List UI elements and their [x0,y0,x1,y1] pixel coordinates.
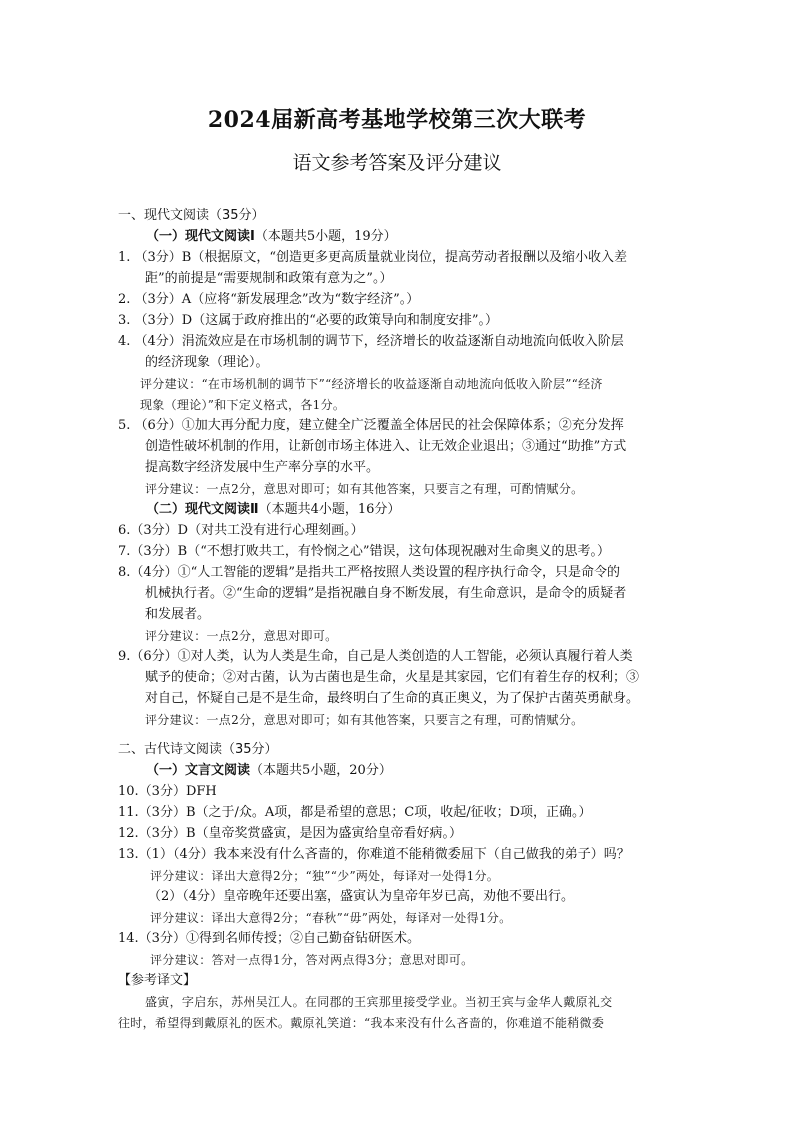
answer-line: 和发展者。 [145,607,210,623]
subsection-detail: （本题共5小题，20分） [250,763,392,778]
section-heading-modern-reading: 一、现代文阅读（35分） [118,208,265,224]
subsection-heading-classical-prose: （一）文言文阅读（本题共5小题，20分） [146,763,392,779]
answer-line: 的经济现象（理论）。 [145,355,269,371]
answer-line: 4. （4分）涓流效应是在市场机制的调节下，经济增长的收益逐渐自动地流向低收入阶… [118,334,624,350]
grading-note: 评分建议：一点2分，意思对即可。 [145,628,337,644]
grading-note: 评分建议：答对一点得1分，答对两点得3分；意思对即可。 [150,952,473,968]
translation-line: 盛寅，字启东，苏州吴江人。在同郡的王宾那里接受学业。当初王宾与金华人戴原礼交 [145,994,612,1010]
answer-line: 2. （3分）A（应将“新发展理念”改为“数字经济”。） [118,292,419,308]
grading-note: 评分建议：一点2分，意思对即可；如有其他答案，只要言之有理，可酌情赋分。 [145,712,583,728]
grading-note: 评分建议：译出大意得2分；“春秋”“毋”两处，每译对一处得1分。 [150,910,511,926]
answer-line: 9.（6分）①对人类，认为人类是生命，自己是人类创造的人工智能，必须认真履行着人… [118,649,633,665]
answer-line: 对自己，怀疑自己是不是生命，最终明白了生命的真正奥义，为了保护古菌英勇献身。 [145,691,639,707]
answer-line: 8.（4分）①“人工智能的逻辑”是指共工严格按照人类设置的程序执行命令，只是命令… [118,565,620,581]
section-heading-classical-reading: 二、古代诗文阅读（35分） [118,742,278,758]
subsection-title: （一）现代文阅读Ⅰ [146,229,255,244]
subsection-detail: （本题共5小题，19分） [255,229,397,244]
translation-line: 往时，希望得到戴原礼的医术。戴原礼笑道：“我本来没有什么吝啬的，你难道不能稍微委 [118,1015,604,1031]
answer-line: 13.（1）（4分）我本来没有什么吝啬的，你难道不能稍微委屈下（自己做我的弟子）… [118,847,630,863]
answer-line: 7.（3分）B（“不想打败共工，有怜悯之心”错误，这句体现祝融对生命奥义的思考。… [118,544,610,560]
answer-line: 6.（3分）D（对共工没有进行心理刻画。） [118,523,364,539]
grading-note: 现象（理论）”和下定义格式，各1分。 [140,397,345,413]
answer-line: 机械执行者。②“生命的逻辑”是指祝融自身不断发展，有生命意识，是命令的质疑者 [145,586,626,602]
answer-line: 14.（3分）①得到名师传授；②自己勤奋钻研医术。 [118,931,420,947]
answer-line: 10.（3分）DFH [118,784,217,800]
answer-line: 3. （3分）D（这属于政府推出的“必要的政策导向和制度安排”。） [118,313,498,329]
answer-line: 1. （3分）B（根据原文，“创造更多更高质量就业岗位，提高劳动者报酬以及缩小收… [118,250,627,266]
grading-note: 评分建议：一点2分，意思对即可；如有其他答案，只要言之有理，可酌情赋分。 [145,481,583,497]
answer-line: 提高数字经济发展中生产率分享的水平。 [145,460,379,476]
reference-translation-heading: 【参考译文】 [118,973,196,989]
subsection-heading-modern-reading-1: （一）现代文阅读Ⅰ（本题共5小题，19分） [146,229,397,245]
document-title: 2024届新高考基地学校第三次大联考 [0,103,794,134]
document-subtitle: 语文参考答案及评分建议 [0,148,794,175]
subsection-title: （二）现代文阅读Ⅱ [146,502,259,517]
answer-line: 5. （6分）①加大再分配力度，建立健全广泛覆盖全体居民的社会保障体系；②充分发… [118,418,624,434]
subsection-detail: （本题共4小题，16分） [259,502,401,517]
subsection-heading-modern-reading-2: （二）现代文阅读Ⅱ（本题共4小题，16分） [146,502,400,518]
answer-line: 12.（3分）B（皇帝奖赏盛寅，是因为盛寅给皇帝看好病。） [118,826,462,842]
answer-line: 创造性破坏机制的作用，让新创市场主体进入、让无效企业退出；③通过“助推”方式 [145,439,626,455]
grading-note: 评分建议：译出大意得2分；“独”“少”两处，每译对一处得1分。 [150,868,499,884]
grading-note: 评分建议：“在市场机制的调节下”“经济增长的收益逐渐自动地流向低收入阶层”“经济 [140,376,603,392]
answer-line: 11.（3分）B（之于/众。A项，都是希望的意思；C项，收起/征收；D项，正确。… [118,805,592,821]
subsection-title: （一）文言文阅读 [146,763,250,778]
answer-line: 赋予的使命；②对古菌，认为古菌也是生命，火星是其家园，它们有着生存的权利；③ [145,670,639,686]
answer-line: 距”的前提是“需要规制和政策有意为之”。） [145,271,392,287]
answer-line: （2）（4分）皇帝晚年还要出塞，盛寅认为皇帝年岁已高，劝他不要出行。 [148,889,574,905]
